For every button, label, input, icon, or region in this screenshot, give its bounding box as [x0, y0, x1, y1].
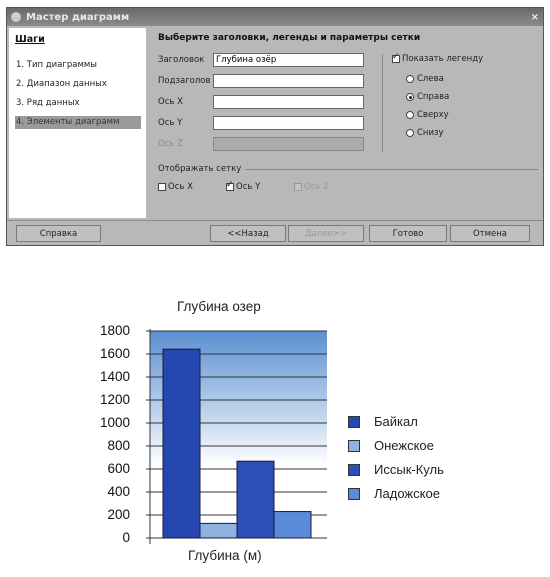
- y-tick-label: 1200: [86, 392, 130, 407]
- bar: [274, 512, 311, 538]
- bar: [163, 349, 200, 538]
- y-tick-label: 1400: [86, 369, 130, 384]
- y-tick-label: 1800: [86, 323, 130, 338]
- bar-chart: [0, 0, 550, 577]
- legend-item: Онежское: [348, 438, 434, 453]
- legend-swatch: [348, 464, 360, 476]
- legend-item: Иссык-Куль: [348, 462, 444, 477]
- legend-label: Ладожское: [374, 486, 440, 501]
- y-tick-label: 800: [86, 438, 130, 453]
- bar: [200, 523, 237, 538]
- y-tick-label: 0: [86, 530, 130, 545]
- legend-item: Байкал: [348, 414, 418, 429]
- bar: [237, 461, 274, 538]
- legend-label: Иссык-Куль: [374, 462, 444, 477]
- y-tick-label: 1600: [86, 346, 130, 361]
- y-tick-label: 200: [86, 507, 130, 522]
- y-tick-label: 1000: [86, 415, 130, 430]
- y-tick-label: 600: [86, 461, 130, 476]
- legend-item: Ладожское: [348, 486, 440, 501]
- legend-swatch: [348, 440, 360, 452]
- legend-swatch: [348, 488, 360, 500]
- x-axis-title: Глубина (м): [188, 548, 262, 563]
- legend-label: Байкал: [374, 414, 418, 429]
- legend-swatch: [348, 416, 360, 428]
- y-tick-label: 400: [86, 484, 130, 499]
- legend-label: Онежское: [374, 438, 434, 453]
